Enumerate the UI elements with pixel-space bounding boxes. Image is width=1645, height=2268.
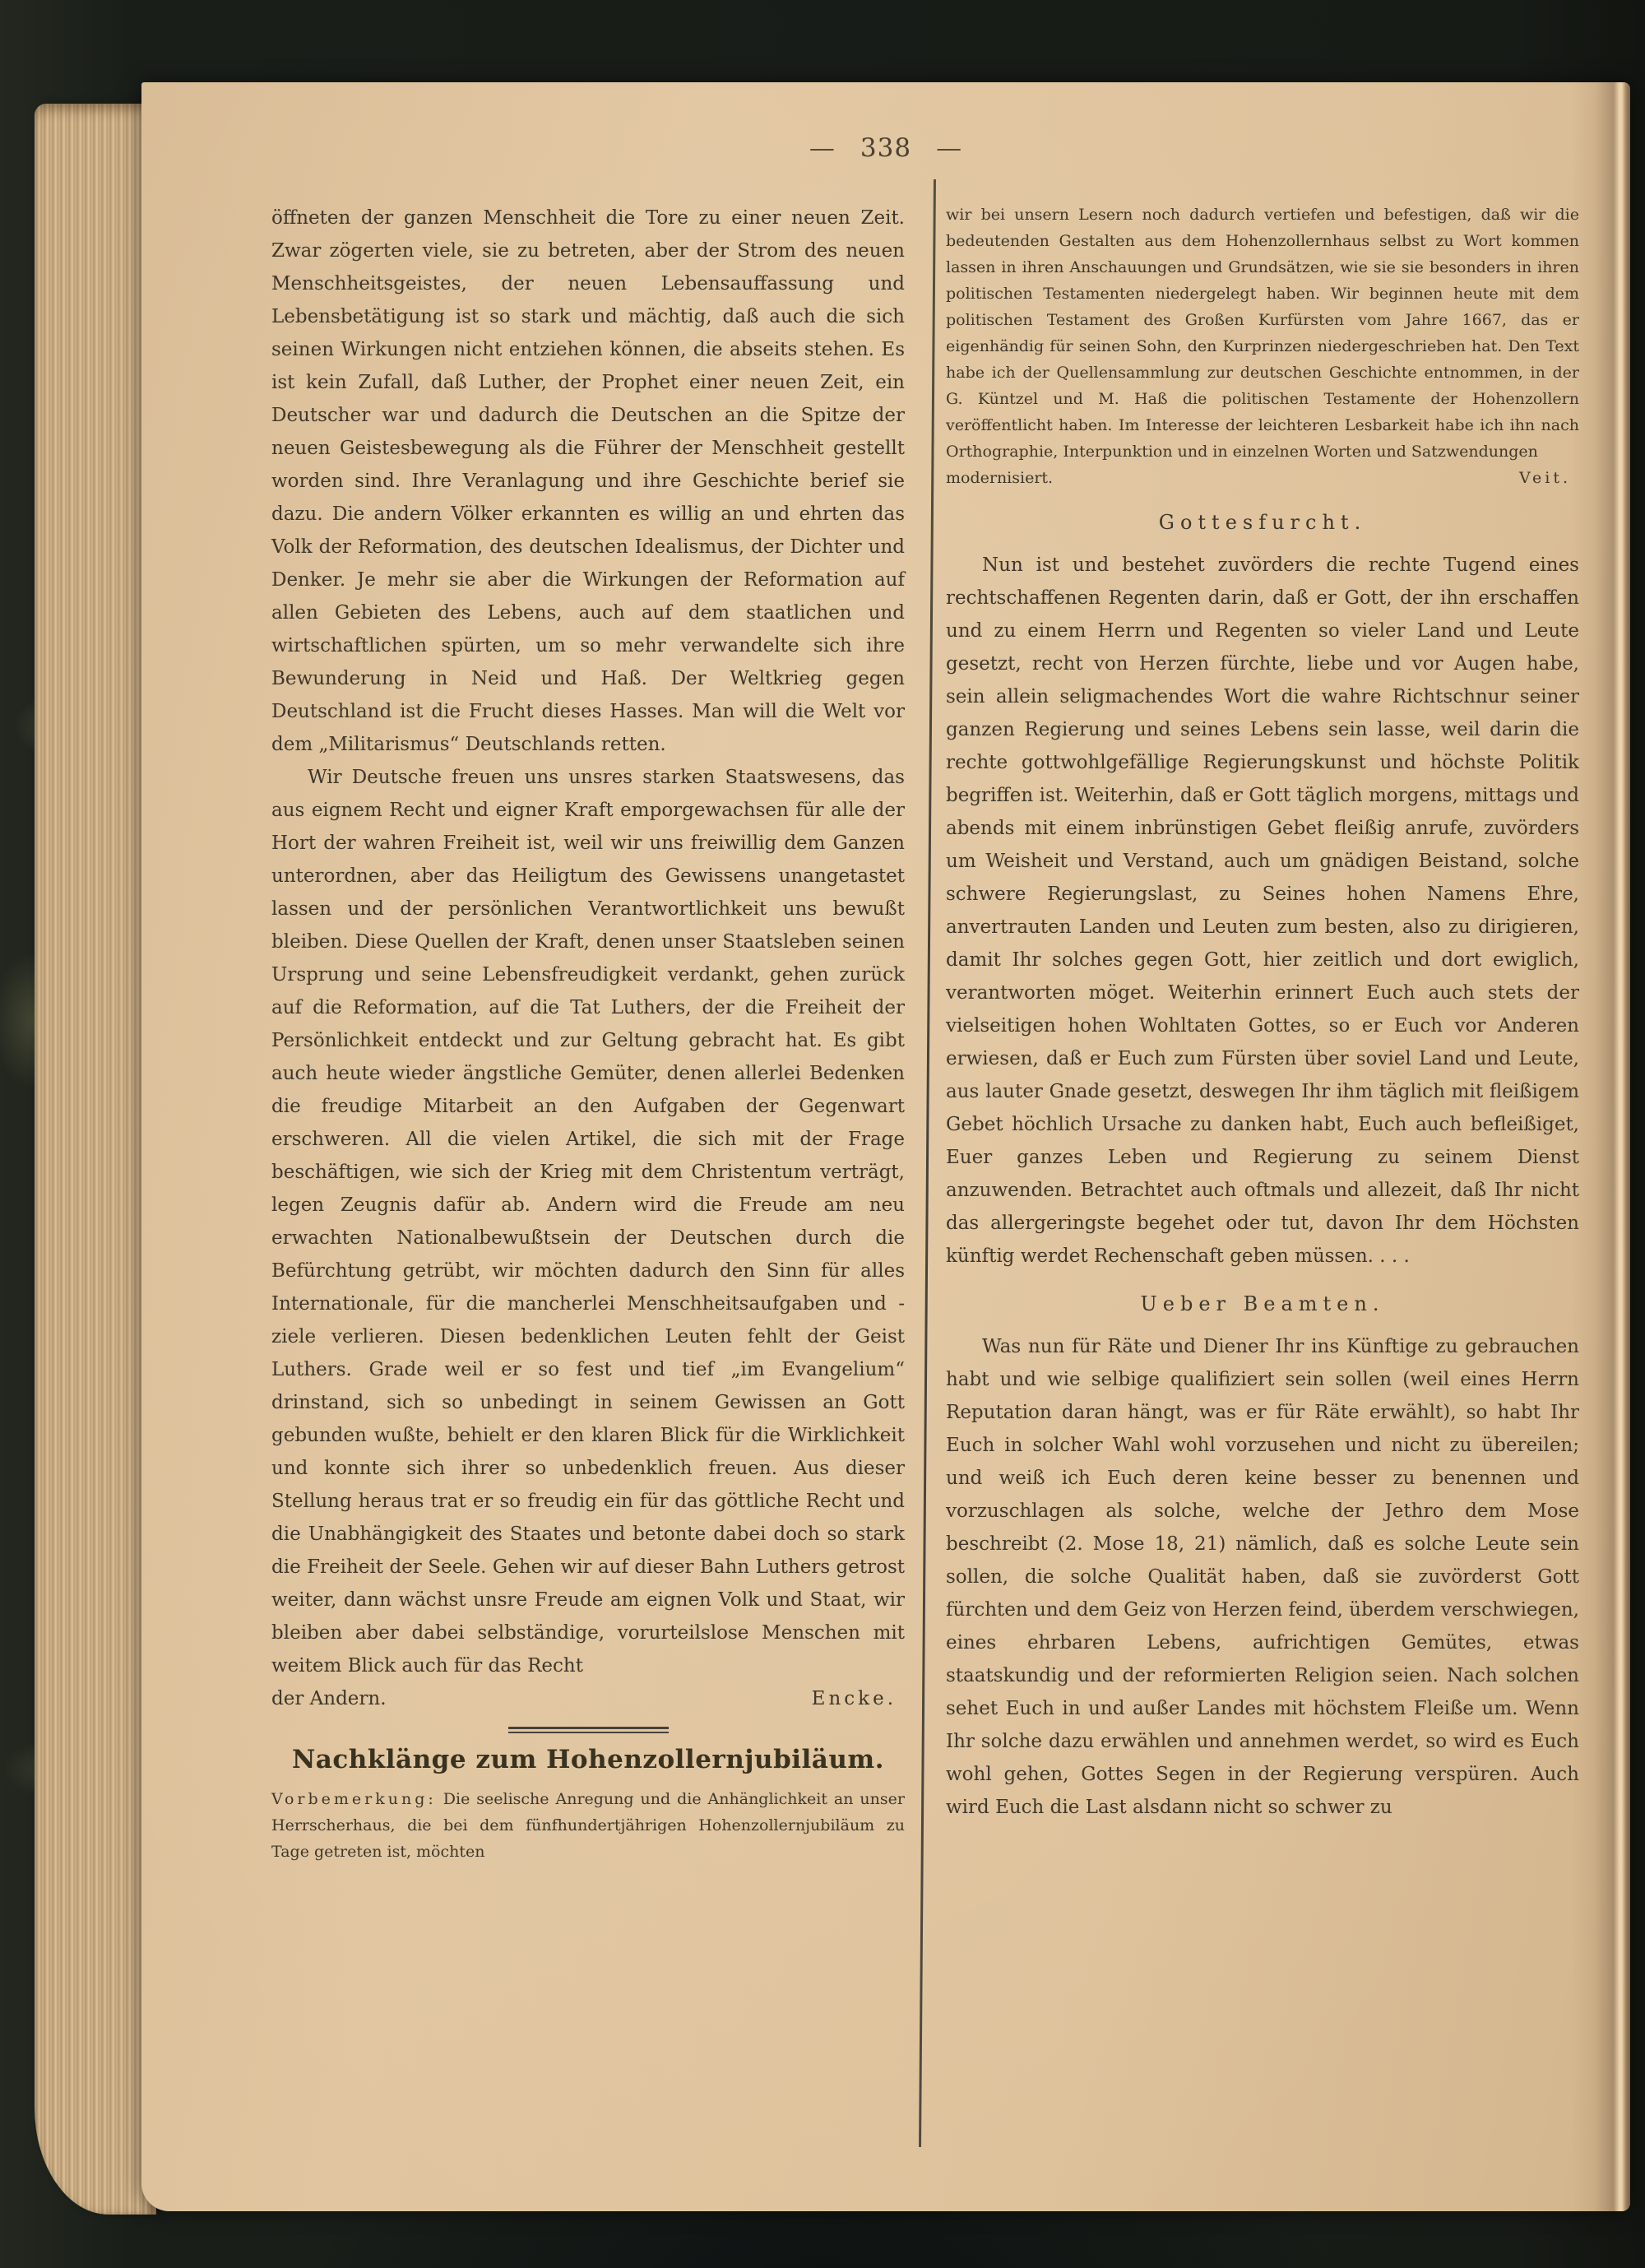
right-column: wir bei unsern Lesern noch dadurch verti… xyxy=(946,202,1579,1824)
left-paragraph-2-last-line: der Andern. xyxy=(271,1682,387,1715)
page-edge-stack xyxy=(35,104,156,2215)
book-page: —338— öffneten der ganzen Menschheit die… xyxy=(141,82,1630,2211)
right-signature-line: modernisiert. Veit. xyxy=(946,465,1579,491)
section-ueber-beamten-text: Was nun für Räte und Diener Ihr ins Künf… xyxy=(946,1330,1579,1824)
section-heading-ueber-beamten: Ueber Beamten. xyxy=(946,1291,1579,1317)
editor-note: Vorbemerkung: Die seelische Anregung und… xyxy=(271,1786,905,1865)
left-paragraph-continuation: öffneten der ganzen Menschheit die Tore … xyxy=(271,202,905,761)
page-number-dash-left: — xyxy=(809,133,836,163)
article-heading: Nachklänge zum Hohenzollernjubiläum. xyxy=(271,1742,905,1778)
section-heading-gottesfurcht: Gottesfurcht. xyxy=(946,509,1579,536)
left-column: öffneten der ganzen Menschheit die Tore … xyxy=(271,202,905,1865)
page-number-dash-right: — xyxy=(936,133,962,163)
left-paragraph-2: Wir Deutsche freuen uns unsres starken S… xyxy=(271,761,905,1682)
section-gottesfurcht-text: Nun ist und bestehet zuvörders die recht… xyxy=(946,549,1579,1273)
article-separator-double-rule xyxy=(508,1727,669,1733)
left-signature-line: der Andern. Encke. xyxy=(271,1682,905,1715)
editor-note-last-line: modernisiert. xyxy=(946,465,1053,491)
author-signature-encke: Encke. xyxy=(812,1682,905,1715)
page-number: 338 xyxy=(860,133,911,163)
page-header: —338— xyxy=(141,133,1630,163)
page-gutter-shadow xyxy=(1571,82,1630,2211)
editor-note-continuation: wir bei unsern Lesern noch dadurch verti… xyxy=(946,202,1579,465)
editor-note-label: Vorbemerkung: xyxy=(271,1790,437,1808)
column-divider-rule xyxy=(919,179,936,2147)
